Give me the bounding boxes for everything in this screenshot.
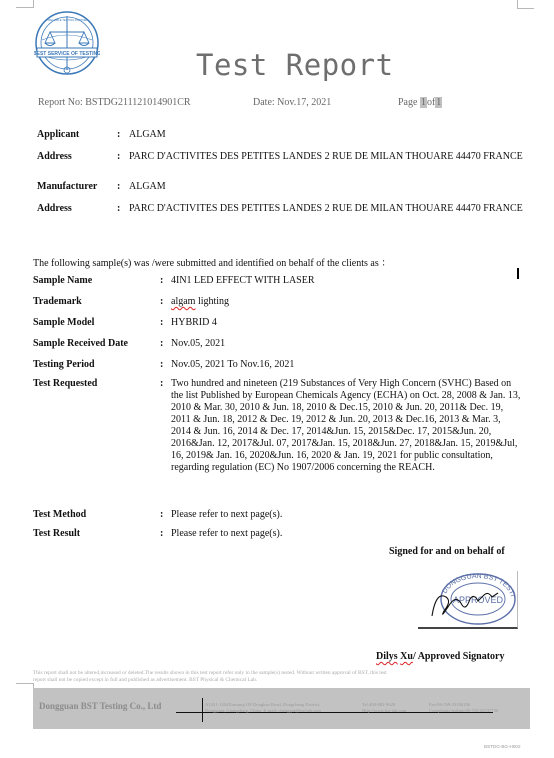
trademark-misspelled: algam — [171, 296, 195, 307]
field-value: Please refer to next page(s). — [171, 509, 523, 521]
form-code: BSTDG-BG-H002 — [484, 744, 521, 749]
field-value: Please refer to next page(s). — [171, 528, 523, 540]
field-label: Address — [37, 203, 72, 215]
field-value: ALGAM — [129, 129, 524, 141]
approved-stamp-icon: DONGGUAN BST TESTING CO. APPROVED — [418, 571, 518, 629]
field-value: ALGAM — [129, 181, 524, 193]
trademark-rest: lighting — [195, 296, 229, 307]
field-colon: : — [160, 275, 163, 287]
report-number: Report No: BSTDG211121014901CR — [38, 97, 191, 108]
field-label: Trademark — [33, 296, 82, 308]
page-corner-mark — [517, 0, 534, 9]
client-field-row: Address:PARC D'ACTIVITES DES PETITES LAN… — [37, 203, 517, 229]
page-title: Test Report — [196, 48, 394, 82]
page-current-field[interactable]: 1 — [420, 97, 427, 108]
page-indicator: Page 1of1 — [398, 97, 442, 108]
page-total-field[interactable]: 1 — [435, 97, 442, 108]
signatory-last-name: Xu — [400, 651, 413, 662]
signatory-title: / Approved Signatory — [413, 651, 505, 662]
field-label: Address — [37, 151, 72, 163]
field-colon: : — [160, 528, 163, 540]
field-label: Test Requested — [33, 378, 97, 390]
report-date-label: Date: — [253, 97, 275, 108]
report-number-label: Report No: — [38, 97, 83, 108]
field-value: Nov.05, 2021 To Nov.16, 2021 — [171, 359, 523, 371]
field-value: algam lighting — [171, 296, 516, 308]
footer-hotline: Complaints hotline:86-755-26747756 — [429, 707, 498, 714]
table-cursor-vertical — [202, 698, 203, 722]
footer-website[interactable]: Http://www.bst-lab.com — [362, 707, 406, 714]
page-label: Page — [398, 97, 417, 108]
disclaimer-text: This report shall not be altered,increas… — [33, 670, 533, 684]
page-corner-mark — [16, 683, 34, 693]
field-value: PARC D'ACTIVITES DES PETITES LANDES 2 RU… — [129, 151, 524, 163]
field-label: Sample Received Date — [33, 338, 128, 350]
report-date-value: Nov.17, 2021 — [277, 97, 331, 108]
field-label: Applicant — [37, 129, 79, 141]
field-colon: : — [160, 338, 163, 350]
field-label: Testing Period — [33, 359, 95, 371]
field-colon: : — [117, 181, 120, 193]
field-value: HYBRID 4 — [171, 317, 523, 329]
disclaimer-line: This report shall not be altered,increas… — [33, 670, 533, 677]
field-label: Test Result — [33, 528, 80, 540]
approved-signatory: Dilys Xu/ Approved Signatory — [376, 651, 504, 662]
svg-text:A RELIABLE TESTING PARTNER: A RELIABLE TESTING PARTNER — [46, 18, 89, 22]
field-colon: : — [160, 378, 163, 390]
field-colon: : — [160, 509, 163, 521]
disclaimer-line: report shall not be copied except in ful… — [33, 677, 533, 684]
field-colon: : — [117, 203, 120, 215]
field-value: PARC D'ACTIVITES DES PETITES LANDES 2 RU… — [129, 203, 524, 215]
field-label: Sample Name — [33, 275, 92, 287]
footer-company-name: Dongguan BST Testing Co., Ltd — [39, 701, 161, 711]
signatory-first-name: Dilys — [376, 651, 398, 662]
field-colon: : — [117, 129, 120, 141]
field-label: Manufacturer — [37, 181, 97, 193]
field-label: Sample Model — [33, 317, 94, 329]
sample-intro-text: The following sample(s) was /were submit… — [33, 254, 391, 269]
page-footer: Dongguan BST Testing Co., Ltd A1201-1204… — [33, 688, 530, 729]
company-stamp: DONGGUAN BST TESTING CO. APPROVED — [418, 571, 518, 629]
client-field-row: Address:PARC D'ACTIVITES DES PETITES LAN… — [37, 151, 517, 177]
bst-logo-icon: BEST SERVICE OF TESTING A RELIABLE TESTI… — [34, 10, 100, 76]
footer-address-line-2: Dongguan, Guangdong, China. E-mail: chen… — [205, 707, 321, 714]
svg-text:BEST SERVICE OF TESTING: BEST SERVICE OF TESTING — [34, 51, 100, 57]
field-value: Two hundred and nineteen (219 Substances… — [171, 378, 523, 474]
field-label: Test Method — [33, 509, 86, 521]
field-value: Nov.05, 2021 — [171, 338, 523, 350]
field-colon: : — [160, 359, 163, 371]
field-colon: : — [160, 317, 163, 329]
field-value: 4IN1 LED EFFECT WITH LASER — [171, 275, 523, 287]
field-colon: : — [160, 296, 163, 308]
field-colon: : — [117, 151, 120, 163]
signed-for-label: Signed for and on behalf of — [389, 546, 505, 557]
report-number-value: BSTDG211121014901CR — [85, 97, 190, 108]
report-date: Date: Nov.17, 2021 — [253, 97, 331, 108]
page-corner-mark — [16, 0, 34, 8]
